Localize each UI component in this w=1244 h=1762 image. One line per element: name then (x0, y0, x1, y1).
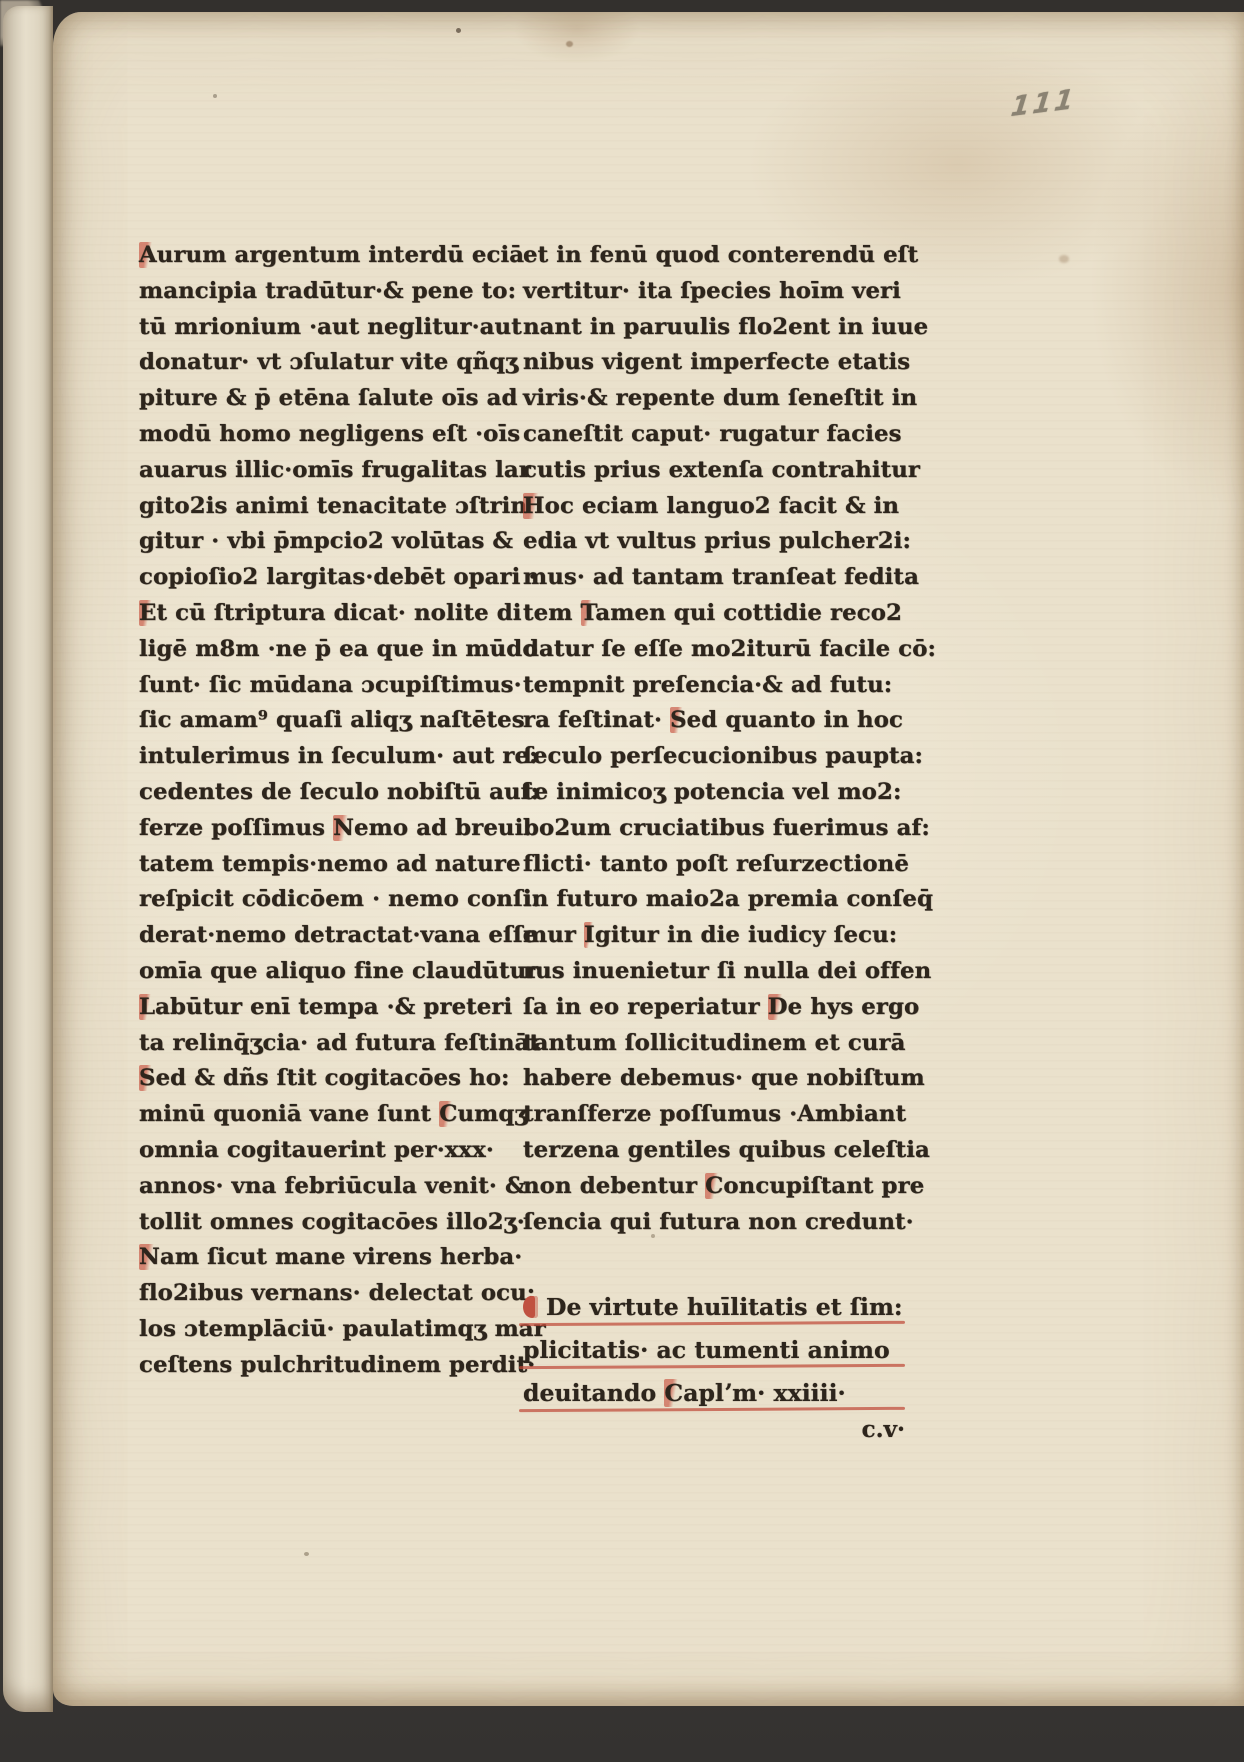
text-line: te inimicoʒ potencia vel mo2: (523, 775, 893, 811)
line-text: cedentes de ſeculo nobiſtū auſ: (139, 779, 539, 805)
text-line: intulerimus in ſeculum· aut re: (139, 739, 491, 775)
text-line: Labūtur enī tempa ·& preteri (139, 990, 491, 1026)
line-text: tranſferze poſſumus ·Ambiant (523, 1101, 906, 1127)
text-line: ceſtens pulchritudinem perdit· (139, 1348, 491, 1384)
text-line: ligē m8m ·ne p̄ ea que in mūdo (139, 632, 491, 668)
text-line: mus· ad tantam tranſeat fedita (523, 560, 893, 596)
text-line: nant in paruulis flo2ent in iuue (523, 310, 893, 346)
line-text: tempnit preſencia·& ad futu: (523, 672, 892, 698)
line-text: viris·& repente dum ſeneſtit in (523, 385, 917, 411)
line-text: deuitando (523, 1379, 664, 1407)
line-text: ceſtens pulchritudinem perdit· (139, 1352, 535, 1378)
line-text: mancipia tradūtur·& pene to: (139, 278, 516, 304)
line-text: non debentur (523, 1173, 705, 1199)
text-line: Hoc eciam languo2 facit & in (523, 489, 893, 525)
text-line: vertitur· ita ſpecies hoīm veri (523, 274, 893, 310)
text-line: ſeculo perſecucionibus paupta: (523, 739, 893, 775)
text-line: omīa que aliquo fine claudūtur (139, 954, 491, 990)
underlying-page-edge (3, 6, 53, 1712)
line-text: oc eciam languo2 facit & in (545, 493, 899, 519)
line-text: te inimicoʒ potencia vel mo2: (523, 779, 901, 805)
line-text: emo ad breui: (354, 815, 532, 841)
line-text: annos· vna febriūcula venit· & (139, 1173, 526, 1199)
text-line: flo2ibus vernans· delectat ocu: (139, 1276, 491, 1312)
rubricated-letter: D (768, 994, 788, 1020)
line-text: auarus illic·omīs frugalitas lar (139, 457, 531, 483)
text-line: auarus illic·omīs frugalitas lar (139, 453, 491, 489)
text-line: ſa in eo reperiatur De hys ergo (523, 990, 893, 1026)
line-text: copioſio2 largitas·debēt opari · (139, 564, 537, 590)
rubricated-letter: C (705, 1173, 723, 1199)
rubricated-letter: E (139, 600, 156, 626)
text-line: mur Igitur in die iudicy ſecu: (523, 918, 893, 954)
manuscript-page: 111 Aurum argentum interdū eciāmancipia … (53, 12, 1244, 1706)
foxing-spot (1059, 255, 1069, 263)
text-line: terzena gentiles quibus celeſtia (523, 1133, 893, 1169)
text-line: deuitando Caplʼm· xxiiii· (523, 1372, 905, 1415)
text-line: edia vt vultus prius pulcher2i: (523, 524, 893, 560)
line-text: cutis prius extenſa contrahitur (523, 457, 920, 483)
text-line: ta relinq̄ʒcia· ad futura feſtināt (139, 1026, 491, 1062)
text-line: Et cū ſtriptura dicat· nolite di (139, 596, 491, 632)
quire-signature: c.v· (523, 1416, 931, 1443)
text-line: non debentur Concupiſtant pre (523, 1169, 893, 1205)
text-line: nibus vigent imperfecte etatis (523, 345, 893, 381)
text-line: tū mrionium ·aut neglitur·aut (139, 310, 491, 346)
line-text: flo2ibus vernans· delectat ocu: (139, 1280, 535, 1306)
line-text: gitur · vbi p̄mpcio2 volūtas & (139, 528, 513, 554)
text-line: tatem tempis·nemo ad nature (139, 847, 491, 883)
line-text: piture & p̄ etēna ſalute oīs ad (139, 385, 518, 411)
text-line: los ɔtemplāciū· paulatimqʒ mar (139, 1312, 491, 1348)
line-text: umqʒ (457, 1101, 527, 1127)
text-line: derat·nemo detractat·vana eſſe (139, 918, 491, 954)
line-text: tantum ſollicitudinem et curā (523, 1030, 906, 1056)
line-text: habere debemus· que nobiſtum (523, 1065, 925, 1091)
line-text: ſeculo perſecucionibus paupta: (523, 743, 923, 769)
text-line: gitur · vbi p̄mpcio2 volūtas & (139, 524, 491, 560)
text-line: omnia cogitauerint per·xxx· (139, 1133, 491, 1169)
text-line: minū quoniā vane ſunt Cumqʒ (139, 1097, 491, 1133)
text-line: gito2is animi tenacitate ɔſtrin (139, 489, 491, 525)
line-text: flicti· tanto poſt reſurzectionē (523, 851, 909, 877)
text-line: tollit omnes cogitacōes illo2ʒ· (139, 1205, 491, 1241)
line-text: am ſicut mane virens herba· (160, 1244, 522, 1270)
text-line: viris·& repente dum ſeneſtit in (523, 381, 893, 417)
line-text: tū mrionium ·aut neglitur·aut (139, 314, 522, 340)
ink-speck (304, 1552, 309, 1556)
line-text: ſa in eo reperiatur (523, 994, 768, 1020)
rubricated-letter: S (670, 707, 687, 733)
line-text: tollit omnes cogitacōes illo2ʒ· (139, 1209, 525, 1235)
text-line: copioſio2 largitas·debēt opari · (139, 560, 491, 596)
line-text: terzena gentiles quibus celeſtia (523, 1137, 930, 1163)
line-text: oncupiſtant pre (723, 1173, 924, 1199)
line-text: urum argentum interdū eciā (157, 242, 524, 268)
text-line: donatur· vt ɔſulatur vite qñqʒ (139, 345, 491, 381)
ink-speck (456, 28, 461, 33)
rubricated-letter: S (139, 1065, 156, 1091)
pencil-folio-number: 111 (1009, 84, 1078, 124)
text-line: Nam ſicut mane virens herba· (139, 1240, 491, 1276)
line-text: e hys ergo (788, 994, 920, 1020)
line-text: vertitur· ita ſpecies hoīm veri (523, 278, 901, 304)
text-line: modū homo negligens eſt ·oīs (139, 417, 491, 453)
line-text: abūtur enī tempa ·& preteri (155, 994, 512, 1020)
text-line: De virtute huīlitatis et ſim: (523, 1286, 905, 1329)
text-line: rus inuenietur ſi nulla dei offen (523, 954, 893, 990)
text-line: ſic amam⁹ quaſi aliqʒ naſtētes (139, 703, 491, 739)
text-line: tempnit preſencia·& ad futu: (523, 668, 893, 704)
line-text: in futuro maio2a premia conſeq̄ (523, 886, 933, 912)
line-text: modū homo negligens eſt ·oīs (139, 421, 520, 447)
text-line: in futuro maio2a premia conſeq̄ (523, 882, 893, 918)
line-text: mus· ad tantam tranſeat fedita (523, 564, 919, 590)
text-line: cedentes de ſeculo nobiſtū auſ: (139, 775, 491, 811)
line-text: omīa que aliquo fine claudūtur (139, 958, 538, 984)
line-text: donatur· vt ɔſulatur vite qñqʒ (139, 349, 518, 375)
line-text: amen qui cottidie reco2 (595, 600, 902, 626)
line-text: minū quoniā vane ſunt (139, 1101, 439, 1127)
text-line: ſencia qui futura non credunt· (523, 1205, 893, 1241)
line-text: datur ſe eſſe mo2iturū facile cō: (523, 636, 936, 662)
text-line: cutis prius extenſa contrahitur (523, 453, 893, 489)
line-text: edia vt vultus prius pulcher2i: (523, 528, 911, 554)
text-line: caneſtit caput· rugatur facies (523, 417, 893, 453)
line-text: et in fenū quod conterendū eſt (523, 242, 918, 268)
text-line: plicitatis· ac tumenti animo (523, 1329, 905, 1372)
line-text: bo2um cruciatibus fuerimus af: (523, 815, 930, 841)
rubricated-letter: I (584, 922, 595, 948)
line-text: reſpicit cōdicōem · nemo conſi: (139, 886, 540, 912)
rubricated-letter: C (664, 1379, 683, 1407)
rubricated-letter: L (139, 994, 155, 1020)
text-line: Aurum argentum interdū eciā (139, 238, 491, 274)
rubricated-letter: N (333, 815, 354, 841)
line-text: gito2is animi tenacitate ɔſtrin (139, 493, 527, 519)
foxing-spot (566, 41, 573, 47)
text-line: reſpicit cōdicōem · nemo conſi: (139, 882, 491, 918)
line-text: nant in paruulis flo2ent in iuue (523, 314, 928, 340)
text-line: et in fenū quod conterendū eſt (523, 238, 893, 274)
chapter-heading-rubric: De virtute huīlitatis et ſim:plicitatis·… (523, 1286, 905, 1415)
text-line: datur ſe eſſe mo2iturū facile cō: (523, 632, 893, 668)
line-text: ſic amam⁹ quaſi aliqʒ naſtētes (139, 707, 525, 733)
right-text-column: et in fenū quod conterendū eſtvertitur· … (523, 238, 893, 1240)
rubricated-letter: T (581, 600, 596, 626)
paragraph-mark-icon (523, 1296, 538, 1318)
text-line: bo2um cruciatibus fuerimus af: (523, 811, 893, 847)
line-text: ta relinq̄ʒcia· ad futura feſtināt (139, 1030, 540, 1056)
line-text: ra feſtinat· (523, 707, 670, 733)
line-text: aplʼm· xxiiii· (683, 1379, 846, 1407)
text-line: ſunt· ſic mūdana ɔcupiſtimus· (139, 668, 491, 704)
text-line: piture & p̄ etēna ſalute oīs ad (139, 381, 491, 417)
line-text: ferze poſſimus (139, 815, 333, 841)
text-line: tem Tamen qui cottidie reco2 (523, 596, 893, 632)
line-text: mur (523, 922, 584, 948)
line-text: ed & dñs ſtit cogitacōes ho: (156, 1065, 510, 1091)
rubricated-letter: H (523, 493, 545, 519)
line-text: nibus vigent imperfecte etatis (523, 349, 910, 375)
text-line: annos· vna febriūcula venit· & (139, 1169, 491, 1205)
text-line: ferze poſſimus Nemo ad breui: (139, 811, 491, 847)
line-text: plicitatis· ac tumenti animo (523, 1336, 890, 1364)
ink-speck (213, 94, 217, 98)
line-text: los ɔtemplāciū· paulatimqʒ mar (139, 1316, 546, 1342)
line-text: tem (523, 600, 581, 626)
line-text: ſunt· ſic mūdana ɔcupiſtimus· (139, 672, 522, 698)
text-line: tranſferze poſſumus ·Ambiant (523, 1097, 893, 1133)
text-line: tantum ſollicitudinem et curā (523, 1026, 893, 1062)
line-text: tatem tempis·nemo ad nature (139, 851, 521, 877)
line-text: De virtute huīlitatis et ſim: (546, 1293, 903, 1321)
line-text: intulerimus in ſeculum· aut re: (139, 743, 538, 769)
rubricated-letter: A (139, 242, 157, 268)
line-text: caneſtit caput· rugatur facies (523, 421, 902, 447)
text-line: mancipia tradūtur·& pene to: (139, 274, 491, 310)
line-text: omnia cogitauerint per·xxx· (139, 1137, 494, 1163)
rubricated-letter: C (439, 1101, 457, 1127)
line-text: rus inuenietur ſi nulla dei offen (523, 958, 931, 984)
line-text: ligē m8m ·ne p̄ ea que in mūdo (139, 636, 538, 662)
text-line: flicti· tanto poſt reſurzectionē (523, 847, 893, 883)
line-text: derat·nemo detractat·vana eſſe (139, 922, 537, 948)
text-line: habere debemus· que nobiſtum (523, 1061, 893, 1097)
rubricated-letter: N (139, 1244, 160, 1270)
text-line: ra feſtinat· Sed quanto in hoc (523, 703, 893, 739)
line-text: t cū ſtriptura dicat· nolite di (156, 600, 521, 626)
line-text: gitur in die iudicy ſecu: (595, 922, 897, 948)
left-text-column: Aurum argentum interdū eciāmancipia trad… (139, 238, 491, 1384)
line-text: ed quanto in hoc (687, 707, 903, 733)
text-line: Sed & dñs ſtit cogitacōes ho: (139, 1061, 491, 1097)
line-text: ſencia qui futura non credunt· (523, 1209, 914, 1235)
